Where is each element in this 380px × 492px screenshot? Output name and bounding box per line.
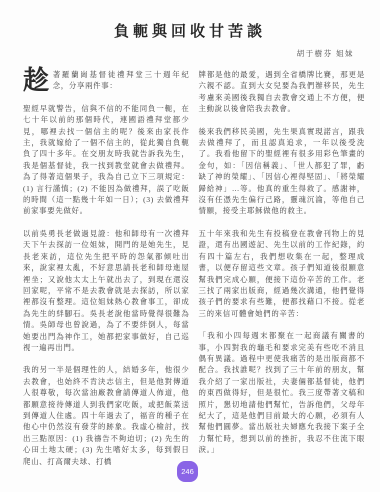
page-title: 負軛與回收甘苦談 [0,0,380,41]
author-name: 胡于樹芬 姐妹 [0,48,354,59]
intro-text: 著羅蘭崗基督徒禮拜堂三十週年紀念，分享兩件事： [53,70,190,90]
body-paragraph: 「我和小四每週末都聚在一起商議有關書的事，小四對我的龜毛和要求完美有些吃不消且偶… [199,330,366,455]
left-column: 趁著羅蘭崗基督徒禮拜堂三十週年紀念，分享兩件事： 聖經早就警告，信與不信的不能同… [23,69,190,478]
right-column: 牌都是他的最愛，遇到全省橋牌比賽，那更是六親不認。直到大女兒要為我們辦移民，先生… [199,69,366,478]
document-page: 負軛與回收甘苦談 胡于樹芬 姐妹 趁著羅蘭崗基督徒禮拜堂三十週年紀念，分享兩件事… [0,0,380,492]
body-paragraph: 我的另一半是個理性的人，結婚多年，他很少去教會，也始終不肯決志信主，但是他對傳道… [23,364,190,467]
drop-cap: 趁 [23,69,50,92]
text-columns: 趁著羅蘭崗基督徒禮拜堂三十週年紀念，分享兩件事： 聖經早就警告，信與不信的不能同… [23,69,365,478]
body-paragraph: 牌都是他的最愛，遇到全省橋牌比賽，那更是六親不認。直到大女兒要為我們辦移民，先生… [199,69,366,115]
body-paragraph: 聖經早就警告，信與不信的不能同負一軛，在七十年以前的那個時代，連國語禮拜堂都少見… [23,103,190,217]
body-paragraph: 以前吳勇長老做過見證：他和師母有一次禮拜天下午去探訪一位姐妹，開門的是她先生，見… [23,228,190,353]
body-paragraph: 後來我們移民美國，先生果真實現諾言，跟我去做禮拜了，而且認真追求，一年以後受洗了… [199,126,366,217]
intro-paragraph: 趁著羅蘭崗基督徒禮拜堂三十週年紀念，分享兩件事： [23,69,190,92]
body-paragraph: 五十年來我和先生有投稿登在教會刊物上的見證，還有出國遊記、先生以前的工作紀錄，約… [199,228,366,319]
page-number-badge: 246 [177,461,198,482]
